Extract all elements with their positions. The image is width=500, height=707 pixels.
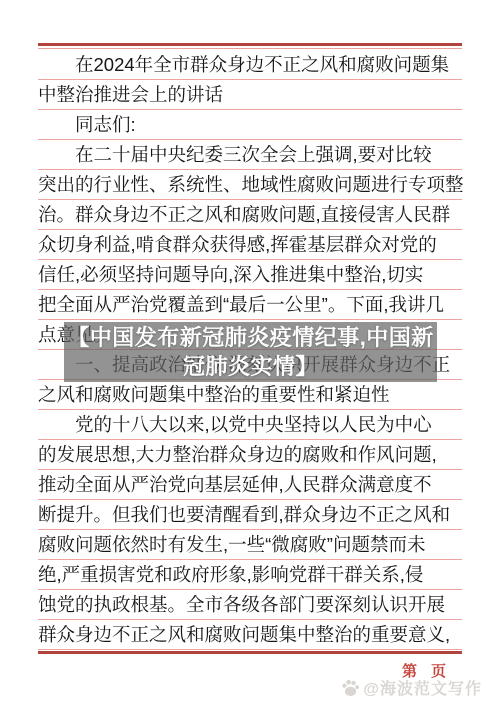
document-line: 把全面从严治党覆盖到“最后一公里”。下面,我讲几 <box>38 290 462 320</box>
document-line: 党的十八大以来,以党中央坚持以人民为中心 <box>38 410 462 440</box>
top-rule-thick <box>38 43 462 46</box>
document-page: 在2024年全市群众身边不正之风和腐败问题集 中整治推进会上的讲话 同志们: 在… <box>0 0 500 707</box>
baidu-paw-icon <box>341 679 360 697</box>
document-line: 众切身利益,啃食群众获得感,挥霍基层群众对党的 <box>38 230 462 260</box>
document-line: 信任,必须坚持问题导向,深入推进集中整治,切实 <box>38 260 462 290</box>
document-line: 蚀党的执政根基。全市各级各部门要深刻认识开展 <box>38 590 462 620</box>
document-line: 的发展思想,大力整治群众身边的腐败和作风问题, <box>38 440 462 470</box>
watermark: @海波范文写作 <box>341 676 482 699</box>
document-line: 之风和腐败问题集中整治的重要性和紧迫性 <box>38 380 462 410</box>
overlay-text-line1: 【中国发布新冠肺炎疫情纪事,中国新 <box>67 323 434 352</box>
document-line: 治。群众身边不正之风和腐败问题,直接侵害人民群 <box>38 200 462 230</box>
watermark-text: @海波范文写作 <box>363 676 482 699</box>
document-line: 腐败问题依然时有发生,一些“微腐败”问题禁而未 <box>38 530 462 560</box>
document-line: 断提升。但我们也要清醒看到,群众身边不正之风和 <box>38 500 462 530</box>
document-line: 推动全面从严治党向基层延伸,人民群众满意度不 <box>38 470 462 500</box>
top-rule-thin <box>38 48 462 49</box>
document-line: 同志们: <box>38 110 462 140</box>
document-line: 中整治推进会上的讲话 <box>38 80 462 110</box>
document-line: 群众身边不正之风和腐败问题集中整治的重要意义, <box>38 620 462 650</box>
bottom-rule-thick <box>38 651 462 654</box>
watermark-overlay-banner: 【中国发布新冠肺炎疫情纪事,中国新 冠肺炎实情】 <box>64 322 437 382</box>
overlay-text-line2: 冠肺炎实情】 <box>183 352 318 381</box>
document-line: 突出的行业性、系统性、地域性腐败问题进行专项整 <box>38 170 462 200</box>
document-line: 在二十届中央纪委三次全会上强调,要对比较 <box>38 140 462 170</box>
document-line: 在2024年全市群众身边不正之风和腐败问题集 <box>38 50 462 80</box>
document-line: 绝,严重损害党和政府形象,影响党群干群关系,侵 <box>38 560 462 590</box>
